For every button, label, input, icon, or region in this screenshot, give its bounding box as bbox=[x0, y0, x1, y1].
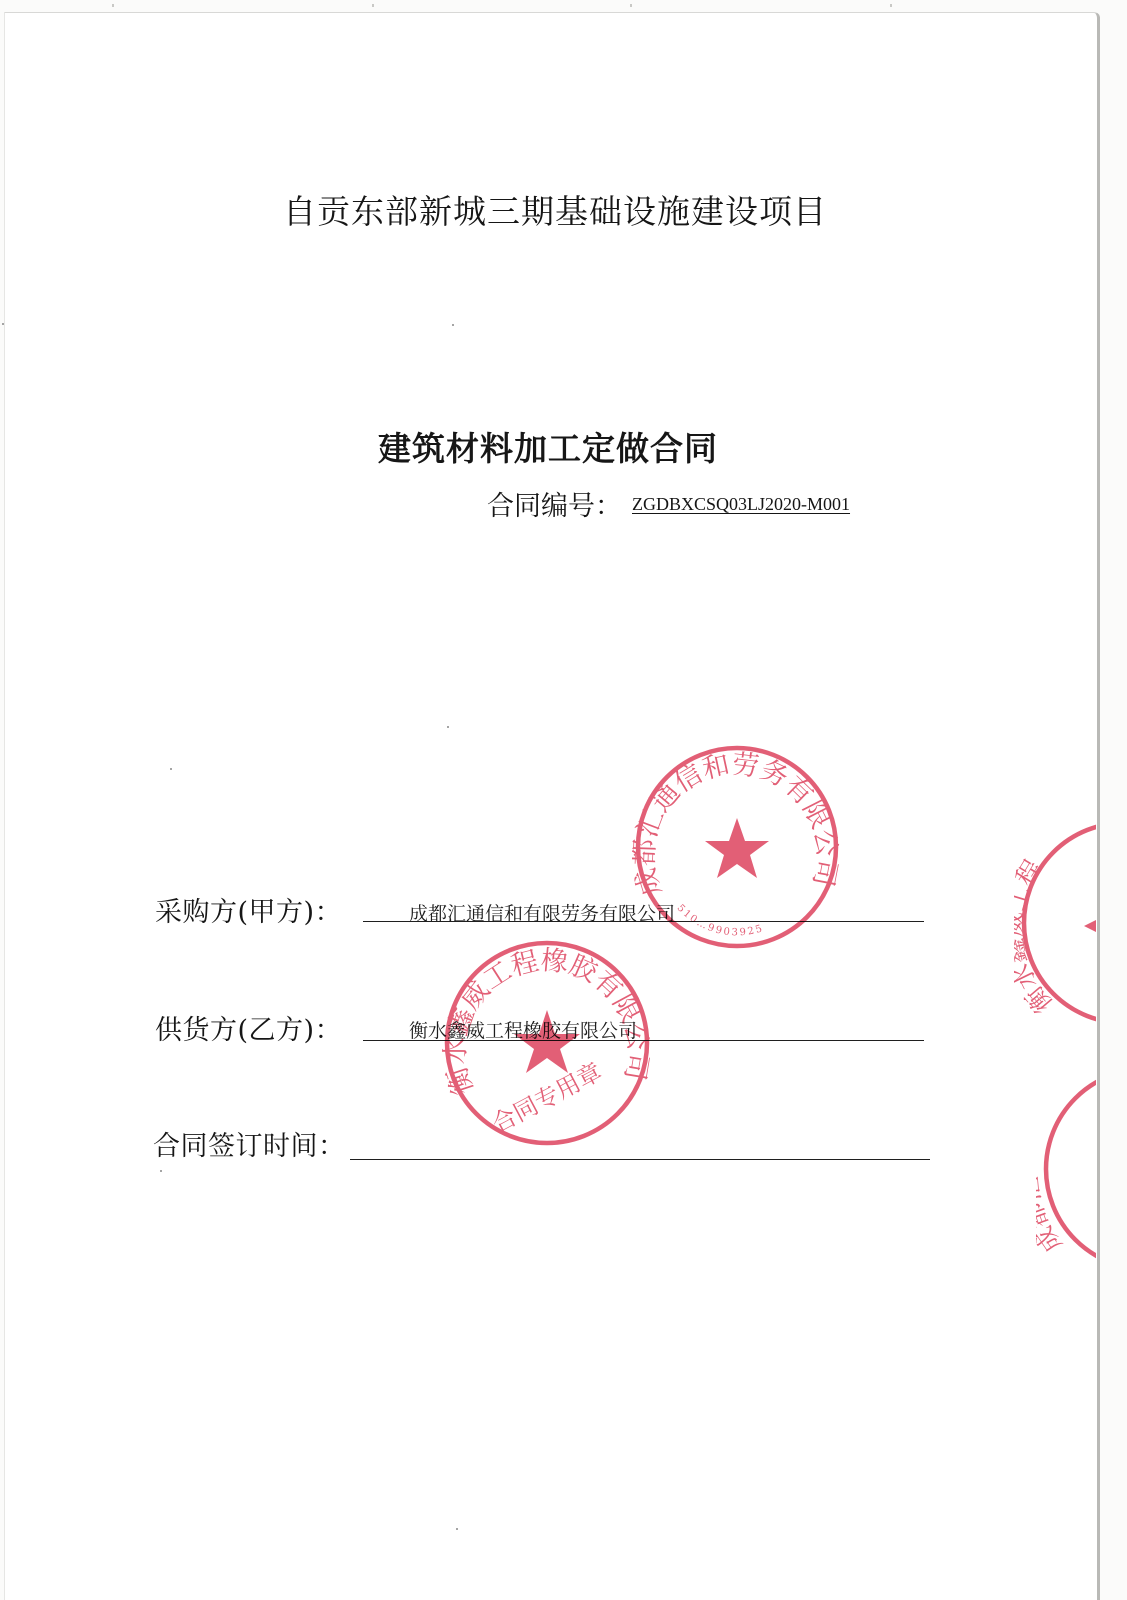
scan-mark bbox=[890, 4, 892, 7]
signing-date-underline bbox=[350, 1159, 930, 1160]
signing-date-label: 合同签订时间： bbox=[153, 1124, 346, 1163]
buyer-value: 成都汇通信和有限劳务有限公司 bbox=[409, 899, 675, 926]
contract-number-label: 合同编号： bbox=[487, 484, 622, 523]
contract-title: 建筑材料加工定做合同 bbox=[378, 423, 718, 470]
speck bbox=[2, 323, 4, 325]
supplier-value: 衡水鑫威工程橡胶有限公司 bbox=[409, 1016, 637, 1043]
speck bbox=[160, 1170, 162, 1172]
supplier-label: 供货方(乙方)： bbox=[155, 1008, 342, 1047]
scan-mark bbox=[630, 4, 632, 7]
speck bbox=[456, 1528, 458, 1530]
speck bbox=[447, 726, 449, 728]
project-title: 自贡东部新城三期基础设施建设项目 bbox=[283, 186, 827, 233]
speck bbox=[170, 768, 172, 770]
contract-number-value: ZGDBXCSQ03LJ2020-M001 bbox=[632, 494, 850, 515]
scan-mark bbox=[372, 4, 374, 7]
scan-mark bbox=[112, 4, 114, 7]
speck bbox=[452, 324, 454, 326]
buyer-label: 采购方(甲方)： bbox=[155, 890, 342, 929]
contract-cover-page bbox=[4, 12, 1100, 1600]
